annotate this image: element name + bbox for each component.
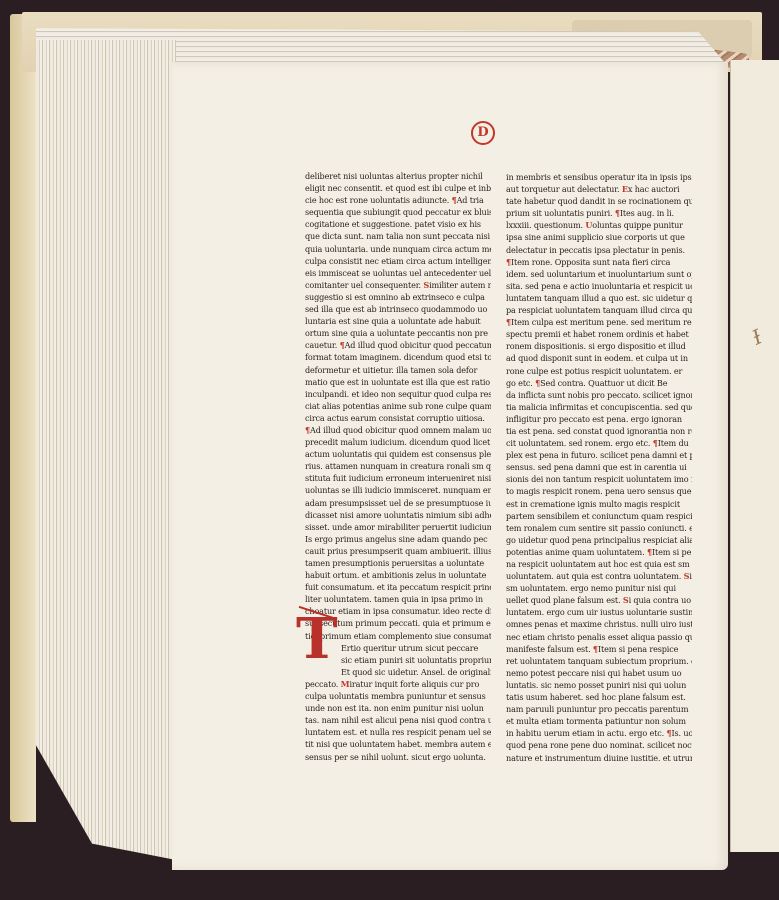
rubricated-text: ¶Item si pe [647,547,691,557]
text-line: cie hoc est rone uoluntatis adiuncte. ¶A… [305,194,491,206]
line-text: quod pena rone pene duo nominat. scilice… [506,740,692,750]
text-line: manifeste falsum est. ¶Item si pena resp… [506,643,692,655]
line-text: manifeste falsum est. [506,644,593,654]
text-line: go etc. ¶Sed contra. Quattuor ut dicit B… [506,377,692,389]
line-text: ortum sine quia a uoluntate peccantis no… [305,328,488,338]
text-line: ipsa sine animi supplicio siue corporis … [506,231,692,243]
text-line: plex est pena in futuro. scilicet pena d… [506,449,692,461]
text-line: ret uoluntatem tanquam subiectum propriu… [506,655,692,667]
line-text: sita. sed pena e actio inuoluntaria et r… [506,281,692,291]
rubricated-text: ¶Ites aug. in li. [615,208,674,218]
line-text: uoluntatem. aut quia est contra uoluntat… [506,571,684,581]
rubricated-text: Similiter autem nec [423,280,491,290]
text-line: in habitu uerum etiam in actu. ergo etc.… [506,727,692,739]
text-line: cogitatione et suggestione. patet visio … [305,218,491,230]
marginal-annotation: Ɨ [748,324,765,349]
line-text: eis immisceat se uoluntas uel antecedent… [305,268,491,278]
rubricated-text: ¶Ad illud quod obicitur quod peccatum de [340,340,491,350]
line-text: liter uoluntatem. tamen quia in ipsa pri… [305,594,483,604]
text-line: fuit consumatum. et ita peccatum respici… [305,581,491,593]
text-line: nemo potest peccare nisi qui habet usum … [506,667,692,679]
line-text: omnes penas et maxime christus. nulli ui… [506,619,692,629]
line-text: luntatem. ergo cum uir iustus uoluntarie… [506,607,692,617]
line-text: tate habetur quod dandit in se rocinatio… [506,196,692,206]
line-text: tas. nam nihil est alicui pena nisi quod… [305,715,491,725]
line-text: est in crematione ignis multo magis resp… [506,499,680,509]
text-line: sm uoluntatem. ergo nemo punitur nisi qu… [506,582,692,594]
text-line: habuit ortum. et ambitionis zelus in uol… [305,569,491,581]
rubricated-text: ¶Item rone. Opposita sunt nata fieri cir… [506,257,670,267]
text-line: suggestio si est omnino ab extrinseco e … [305,291,491,303]
text-line: matio que est in uoluntate est illa que … [305,376,491,388]
line-text: inculpandi. et ideo non sequitur quod cu… [305,389,491,399]
text-column-right: in membris et sensibus operatur ita in i… [506,171,692,764]
line-text: sed illa que est ab intrinseco quodammod… [305,304,487,314]
line-text: cauit prius presumpserit quam ambiuerit.… [305,546,491,556]
line-text: eligit nec consentit. et quod est ibi cu… [305,183,491,193]
line-text: luntatem tanquam illud a quo est. sic ui… [506,293,692,303]
rubricated-text: Miratur inquit forte aliquis cur pro [341,679,480,689]
line-text: dicasset nisi amore uoluntatis nimium si… [305,510,491,520]
text-column-left: deliberet nisi uoluntas alterius propter… [305,170,491,763]
line-text: ipsa sine animi supplicio siue corporis … [506,232,685,242]
text-line: sionis dei non tantum respicit uoluntate… [506,473,692,485]
line-text: precedit malum iudicium. dicendum quod l… [305,437,491,447]
line-text: aut torquetur aut delectatur. [506,184,622,194]
line-text: na respicit uoluntatem aut hoc est quia … [506,559,690,569]
line-text: Is ergo primus angelus sine adam quando … [305,534,488,544]
text-line: quod pena rone pene duo nominat. scilice… [506,739,692,751]
text-line: liter uoluntatem. tamen quia in ipsa pri… [305,593,491,605]
text-line: peccato. Miratur inquit forte aliquis cu… [305,678,491,690]
line-text: sm uoluntatem. ergo nemo punitur nisi qu… [506,583,676,593]
text-line: tia est pena. sed constat quod ignoranti… [506,425,692,437]
line-text: suggestio si est omnino ab extrinseco e … [305,292,485,302]
line-text: luntaria est sine quia a uoluntate ade h… [305,316,481,326]
text-line: adam presumpsisset uel de se presumptuos… [305,497,491,509]
line-text: habuit ortum. et ambitionis zelus in uol… [305,570,486,580]
folio-mark: D [471,121,495,145]
text-line: luntatis. sic nemo posset puniri nisi qu… [506,679,692,691]
line-text: culpa consistit nec etiam circa actum in… [305,256,491,266]
text-line: delectatur in peccatis ipsa plectatur in… [506,244,692,256]
line-text: nemo potest peccare nisi qui habet usum … [506,668,681,678]
rubricated-text: ¶Item si pena respice [593,644,678,654]
line-text: unde non est ita. non enim punitur nisi … [305,703,484,713]
text-line: actum uoluntatis qui quidem est consensu… [305,448,491,460]
line-text: sensus per se nihil uolunt. sicut ergo u… [305,752,486,762]
text-line: sensus. sed pena damni que est in carent… [506,461,692,473]
line-text: ronem dispositionis. si ergo dispositio … [506,341,686,351]
text-line: ¶Item culpa est meritum pene. sed meritu… [506,316,692,328]
text-line: eligit nec consentit. et quod est ibi cu… [305,182,491,194]
line-text: tatis usum haberet. sed hoc plane falsum… [506,692,686,702]
text-line: luntatem. ergo cum uir iustus uoluntarie… [506,606,692,618]
text-line: sequentia que subiungit quod peccatur ex… [305,206,491,218]
line-text: sensus. sed pena damni que est in carent… [506,462,687,472]
line-text: in habitu uerum etiam in actu. ergo etc. [506,728,666,738]
line-text: deformetur et uitietur. illa tamen sola … [305,365,477,375]
line-text: circa actus earum consistat corruptio ui… [305,413,485,423]
text-line: format totam imaginem. dicendum quod ets… [305,351,491,363]
text-line: da inflicta sunt nobis pro peccato. scil… [506,389,692,401]
line-text: cit uoluntatem. sed ronem. ergo etc. [506,438,653,448]
line-text: nature et instrumentum diuine iustitie. … [506,753,692,763]
text-line: sed illa que est ab intrinseco quodammod… [305,303,491,315]
rubricated-text: ¶Is. uo [666,728,692,738]
line-text: cauetur. [305,340,340,350]
text-line: quia uoluntaria. unde nunquam circa actu… [305,243,491,255]
rubricated-text: ¶Ad tria [452,195,484,205]
text-line: culpa uoluntatis membra puniuntur et sen… [305,690,491,702]
text-line: ortum sine quia a uoluntate peccantis no… [305,327,491,339]
text-line: ad quod disponit sunt in eodem. et culpa… [506,352,692,364]
line-text: matio que est in uoluntate est illa que … [305,377,490,387]
line-text: lxxxiii. questionum. [506,220,585,230]
text-line: tate habetur quod dandit in se rocinatio… [506,195,692,207]
line-text: sic etiam puniri sit uoluntatis proprium… [341,655,491,665]
line-text: quia uoluntaria. unde nunquam circa actu… [305,244,491,254]
rubricated-text: Ex hac auctori [622,184,680,194]
line-text: uoluntas se illi iudicio immisceret. nun… [305,485,491,495]
line-text: sionis dei non tantum respicit uoluntate… [506,474,692,484]
text-line: pa respiciat uoluntatem tanquam illud ci… [506,304,692,316]
text-line: aut torquetur aut delectatur. Ex hac auc… [506,183,692,195]
text-line: tas. nam nihil est alicui pena nisi quod… [305,714,491,726]
text-line: tia malicia infirmitas et concupiscentia… [506,401,692,413]
text-line: dicasset nisi amore uoluntatis nimium si… [305,509,491,521]
rubricated-text: ¶Ad illud quod obicitur quod omnem malam… [305,425,491,435]
line-text: adam presumpsisset uel de se presumptuos… [305,498,491,508]
line-text: infligitur pro peccato est pena. ergo ig… [506,414,682,424]
text-line: deformetur et uitietur. illa tamen sola … [305,364,491,376]
line-text: ret uoluntatem tanquam subiectum propriu… [506,656,692,666]
text-line: que dicta sunt. nam talia non sunt pecca… [305,230,491,242]
text-line: cauetur. ¶Ad illud quod obicitur quod pe… [305,339,491,351]
line-text: prium sit uoluntatis puniri. [506,208,615,218]
line-text: Et quod sic uidetur. Ansel. de originali [341,667,491,677]
text-line: go uidetur quod pena principalius respic… [506,534,692,546]
rubricated-text: ¶Item du [653,438,689,448]
facing-page-right: Ɨ [730,60,779,852]
text-line: in membris et sensibus operatur ita in i… [506,171,692,183]
line-text: nam paruuli puniuntur pro peccatis paren… [506,704,688,714]
line-text: pa respiciat uoluntatem tanquam illud ci… [506,305,692,315]
text-line: idem. sed uoluntarium et inuoluntarium s… [506,268,692,280]
line-text: actum uoluntatis qui quidem est consensu… [305,449,491,459]
book-cover-left-edge [10,14,36,822]
line-text: que dicta sunt. nam talia non sunt pecca… [305,231,490,241]
line-text: tamen presumptionis peruersitas a uolunt… [305,558,484,568]
line-text: luntatis. sic nemo posset puniri nisi qu… [506,680,686,690]
line-text: go uidetur quod pena principalius respic… [506,535,692,545]
text-line: nature et instrumentum diuine iustitie. … [506,752,692,764]
text-line: eis immisceat se uoluntas uel antecedent… [305,267,491,279]
text-line: rone culpe est potius respicit uoluntate… [506,365,692,377]
text-line: lxxxiii. questionum. Uoluntas quippe pun… [506,219,692,231]
text-line: ¶Ad illud quod obicitur quod omnem malam… [305,424,491,436]
text-line: nec etiam christo penalis esset aliqua p… [506,631,692,643]
text-line: uellet quod plane falsum est. Si quia co… [506,594,692,606]
text-line: omnes penas et maxime christus. nulli ui… [506,618,692,630]
text-line: culpa consistit nec etiam circa actum in… [305,255,491,267]
line-text: cogitatione et suggestione. patet visio … [305,219,481,229]
line-text: format totam imaginem. dicendum quod ets… [305,352,491,362]
text-line: circa actus earum consistat corruptio ui… [305,412,491,424]
text-line: inculpandi. et ideo non sequitur quod cu… [305,388,491,400]
line-text: cie hoc est rone uoluntatis adiuncte. [305,195,452,205]
line-text: plex est pena in futuro. scilicet pena d… [506,450,692,460]
text-line: stituta fuit iudicium erroneum interueni… [305,472,491,484]
line-text: deliberet nisi uoluntas alterius propter… [305,171,483,181]
line-text: peccato. [305,679,341,689]
text-line: luntatem tanquam illud a quo est. sic ui… [506,292,692,304]
rubricated-text: Si quia contra uo [623,595,691,605]
text-line: et multa etiam tormenta patiuntur non so… [506,715,692,727]
text-line: potentias anime quam uoluntatem. ¶Item s… [506,546,692,558]
text-line: ronem dispositionis. si ergo dispositio … [506,340,692,352]
text-line: tamen presumptionis peruersitas a uolunt… [305,557,491,569]
line-text: nec etiam christo penalis esset aliqua p… [506,632,692,642]
line-text: tit nisi que uoluntatem habet. membra au… [305,739,491,749]
text-line: na respicit uoluntatem aut hoc est quia … [506,558,692,570]
text-line: spectu premii et habet ronem ordinis et … [506,328,692,340]
text-line: ciat alias potentias anime sub rone culp… [305,400,491,412]
line-text: in membris et sensibus operatur ita in i… [506,172,692,182]
text-line: rius. attamen nunquam in creatura ronali… [305,460,491,472]
text-line: sita. sed pena e actio inuoluntaria et r… [506,280,692,292]
line-text: spectu premii et habet ronem ordinis et … [506,329,689,339]
line-text: rone culpe est potius respicit uoluntate… [506,366,682,376]
text-line: uoluntatem. aut quia est contra uoluntat… [506,570,692,582]
text-line: nam paruuli puniuntur pro peccatis paren… [506,703,692,715]
line-text: idem. sed uoluntarium et inuoluntarium s… [506,269,692,279]
text-line: cauit prius presumpserit quam ambiuerit.… [305,545,491,557]
line-text: uellet quod plane falsum est. [506,595,623,605]
line-text: partem sensibilem et coniunctum quam res… [506,511,692,521]
rubricated-text: Si quia [684,571,692,581]
line-text: luntatem est. et nulla res respicit pena… [305,727,491,737]
text-line: sensus per se nihil uolunt. sicut ergo u… [305,751,491,763]
text-line: comitanter uel consequenter. Similiter a… [305,279,491,291]
text-line: tem ronalem cum sentire sit passio coniu… [506,522,692,534]
text-line: to magis respicit ronem. pena uero sensu… [506,485,692,497]
line-text: tia est pena. sed constat quod ignoranti… [506,426,692,436]
text-line: prium sit uoluntatis puniri. ¶Ites aug. … [506,207,692,219]
text-line: precedit malum iudicium. dicendum quod l… [305,436,491,448]
text-line: unde non est ita. non enim punitur nisi … [305,702,491,714]
text-line: sisset. unde amor mirabiliter peruertit … [305,521,491,533]
text-line: partem sensibilem et coniunctum quam res… [506,510,692,522]
line-text: da inflicta sunt nobis pro peccato. scil… [506,390,692,400]
rubricated-text: ¶Sed contra. Quattuor ut dicit Be [535,378,667,388]
line-text: tia malicia infirmitas et concupiscentia… [506,402,692,412]
line-text: ad quod disponit sunt in eodem. et culpa… [506,353,688,363]
page-stack-fore-edge [36,40,176,860]
line-text: delectatur in peccatis ipsa plectatur in… [506,245,685,255]
text-line: cit uoluntatem. sed ronem. ergo etc. ¶It… [506,437,692,449]
line-text: culpa uoluntatis membra puniuntur et sen… [305,691,486,701]
line-text: fuit consumatum. et ita peccatum respici… [305,582,491,592]
line-text: Ertio queritur utrum sicut peccare [341,643,478,653]
text-line: luntaria est sine quia a uoluntate ade h… [305,315,491,327]
text-line: deliberet nisi uoluntas alterius propter… [305,170,491,182]
text-line: Is ergo primus angelus sine adam quando … [305,533,491,545]
text-line: est in crematione ignis multo magis resp… [506,498,692,510]
text-line: uoluntas se illi iudicio immisceret. nun… [305,484,491,496]
text-line: luntatem est. et nulla res respicit pena… [305,726,491,738]
rubricated-text: Uoluntas quippe punitur [585,220,683,230]
line-text: to magis respicit ronem. pena uero sensu… [506,486,691,496]
text-line: tatis usum haberet. sed hoc plane falsum… [506,691,692,703]
text-line: infligitur pro peccato est pena. ergo ig… [506,413,692,425]
decorated-initial: T [296,615,344,663]
line-text: sequentia que subiungit quod peccatur ex… [305,207,491,217]
text-line: tit nisi que uoluntatem habet. membra au… [305,738,491,750]
line-text: potentias anime quam uoluntatem. [506,547,647,557]
line-text: ciat alias potentias anime sub rone culp… [305,401,491,411]
line-text: comitanter uel consequenter. [305,280,423,290]
line-text: sisset. unde amor mirabiliter peruertit … [305,522,491,532]
line-text: et multa etiam tormenta patiuntur non so… [506,716,686,726]
line-text: go etc. [506,378,535,388]
line-text: tem ronalem cum sentire sit passio coniu… [506,523,692,533]
line-text: rius. attamen nunquam in creatura ronali… [305,461,491,471]
rubricated-text: ¶Item culpa est meritum pene. sed meritu… [506,317,691,327]
text-line: ¶Item rone. Opposita sunt nata fieri cir… [506,256,692,268]
line-text: stituta fuit iudicium erroneum interueni… [305,473,491,483]
